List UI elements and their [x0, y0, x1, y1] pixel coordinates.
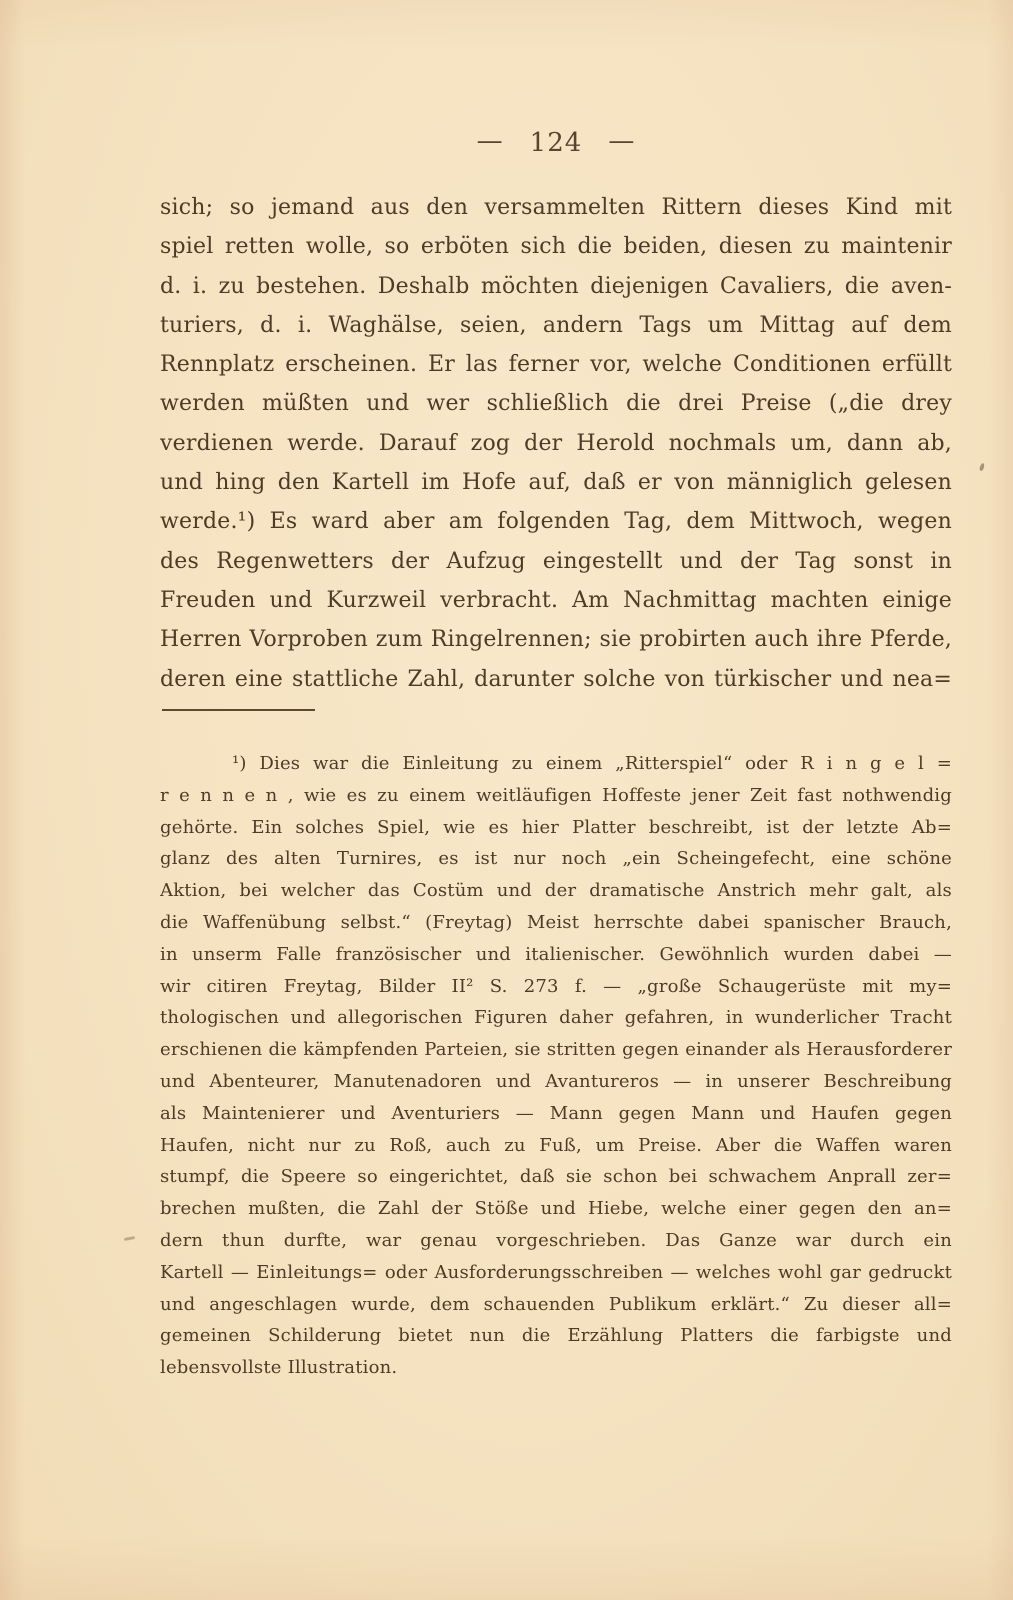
- text-line: ¹) Dies war die Einleitung zu einem „Rit…: [160, 748, 952, 780]
- text-line: Haufen, nicht nur zu Roß, auch zu Fuß, u…: [160, 1130, 952, 1162]
- text-line: Freuden und Kurzweil verbracht. Am Nachm…: [160, 581, 952, 620]
- text-line: wir citiren Freytag, Bilder II² S. 273 f…: [160, 971, 952, 1003]
- text-line: gemeinen Schilderung bietet nun die Erzä…: [160, 1320, 952, 1352]
- text-line: lebensvollste Illustration.: [160, 1352, 952, 1384]
- scanned-book-page: { "colors": { "paper": "#f5e2c0", "ink":…: [0, 0, 1013, 1600]
- header-left-dash: —: [477, 126, 504, 156]
- text-line: die Waffenübung selbst.“ (Freytag) Meist…: [160, 907, 952, 939]
- text-line: gehörte. Ein solches Spiel, wie es hier …: [160, 812, 952, 844]
- text-line: und hing den Kartell im Hofe auf, daß er…: [160, 463, 952, 502]
- text-line: Herren Vorproben zum Ringelrennen; sie p…: [160, 620, 952, 659]
- text-line: und Abenteurer, Manutenadoren und Avantu…: [160, 1066, 952, 1098]
- text-line: erschienen die kämpfenden Parteien, sie …: [160, 1034, 952, 1066]
- body-text-paragraph: sich; so jemand aus den versammelten Rit…: [160, 188, 952, 699]
- text-line: Rennplatz erscheinen. Er las ferner vor,…: [160, 345, 952, 384]
- text-line: d. i. zu bestehen. Deshalb möchten dieje…: [160, 267, 952, 306]
- text-line: verdienen werde. Darauf zog der Herold n…: [160, 424, 952, 463]
- text-line: dern thun durfte, war genau vorgeschrieb…: [160, 1225, 952, 1257]
- text-line: turiers, d. i. Waghälse, seien, andern T…: [160, 306, 952, 345]
- text-line: spiel retten wolle, so erböten sich die …: [160, 227, 952, 266]
- page-number-header: —124—: [160, 128, 952, 158]
- text-line: thologischen und allegorischen Figuren d…: [160, 1002, 952, 1034]
- footnote-separator-rule: [162, 709, 315, 711]
- text-line: brechen mußten, die Zahl der Stöße und H…: [160, 1193, 952, 1225]
- text-line: des Regenwetters der Aufzug eingestellt …: [160, 542, 952, 581]
- text-line: sich; so jemand aus den versammelten Rit…: [160, 188, 952, 227]
- text-line: und angeschlagen wurde, dem schauenden P…: [160, 1289, 952, 1321]
- header-right-dash: —: [608, 126, 635, 156]
- footnote-text: ¹) Dies war die Einleitung zu einem „Rit…: [160, 748, 952, 1384]
- text-line: deren eine stattliche Zahl, darunter sol…: [160, 660, 952, 699]
- page-number: 124: [530, 128, 583, 158]
- text-line: glanz des alten Turnires, es ist nur noc…: [160, 843, 952, 875]
- text-line: werde.¹) Es ward aber am folgenden Tag, …: [160, 502, 952, 541]
- text-line: Aktion, bei welcher das Costüm und der d…: [160, 875, 952, 907]
- text-line: in unserm Falle französischer und italie…: [160, 939, 952, 971]
- ink-speck: [124, 1236, 135, 1241]
- ink-speck: [979, 463, 985, 472]
- text-line: werden müßten und wer schließlich die dr…: [160, 384, 952, 423]
- text-line: stumpf, die Speere so eingerichtet, daß …: [160, 1161, 952, 1193]
- text-line: als Maintenierer und Aventuriers — Mann …: [160, 1098, 952, 1130]
- text-line: Kartell — Einleitungs= oder Ausforderung…: [160, 1257, 952, 1289]
- text-line: r e n n e n , wie es zu einem weitläufig…: [160, 780, 952, 812]
